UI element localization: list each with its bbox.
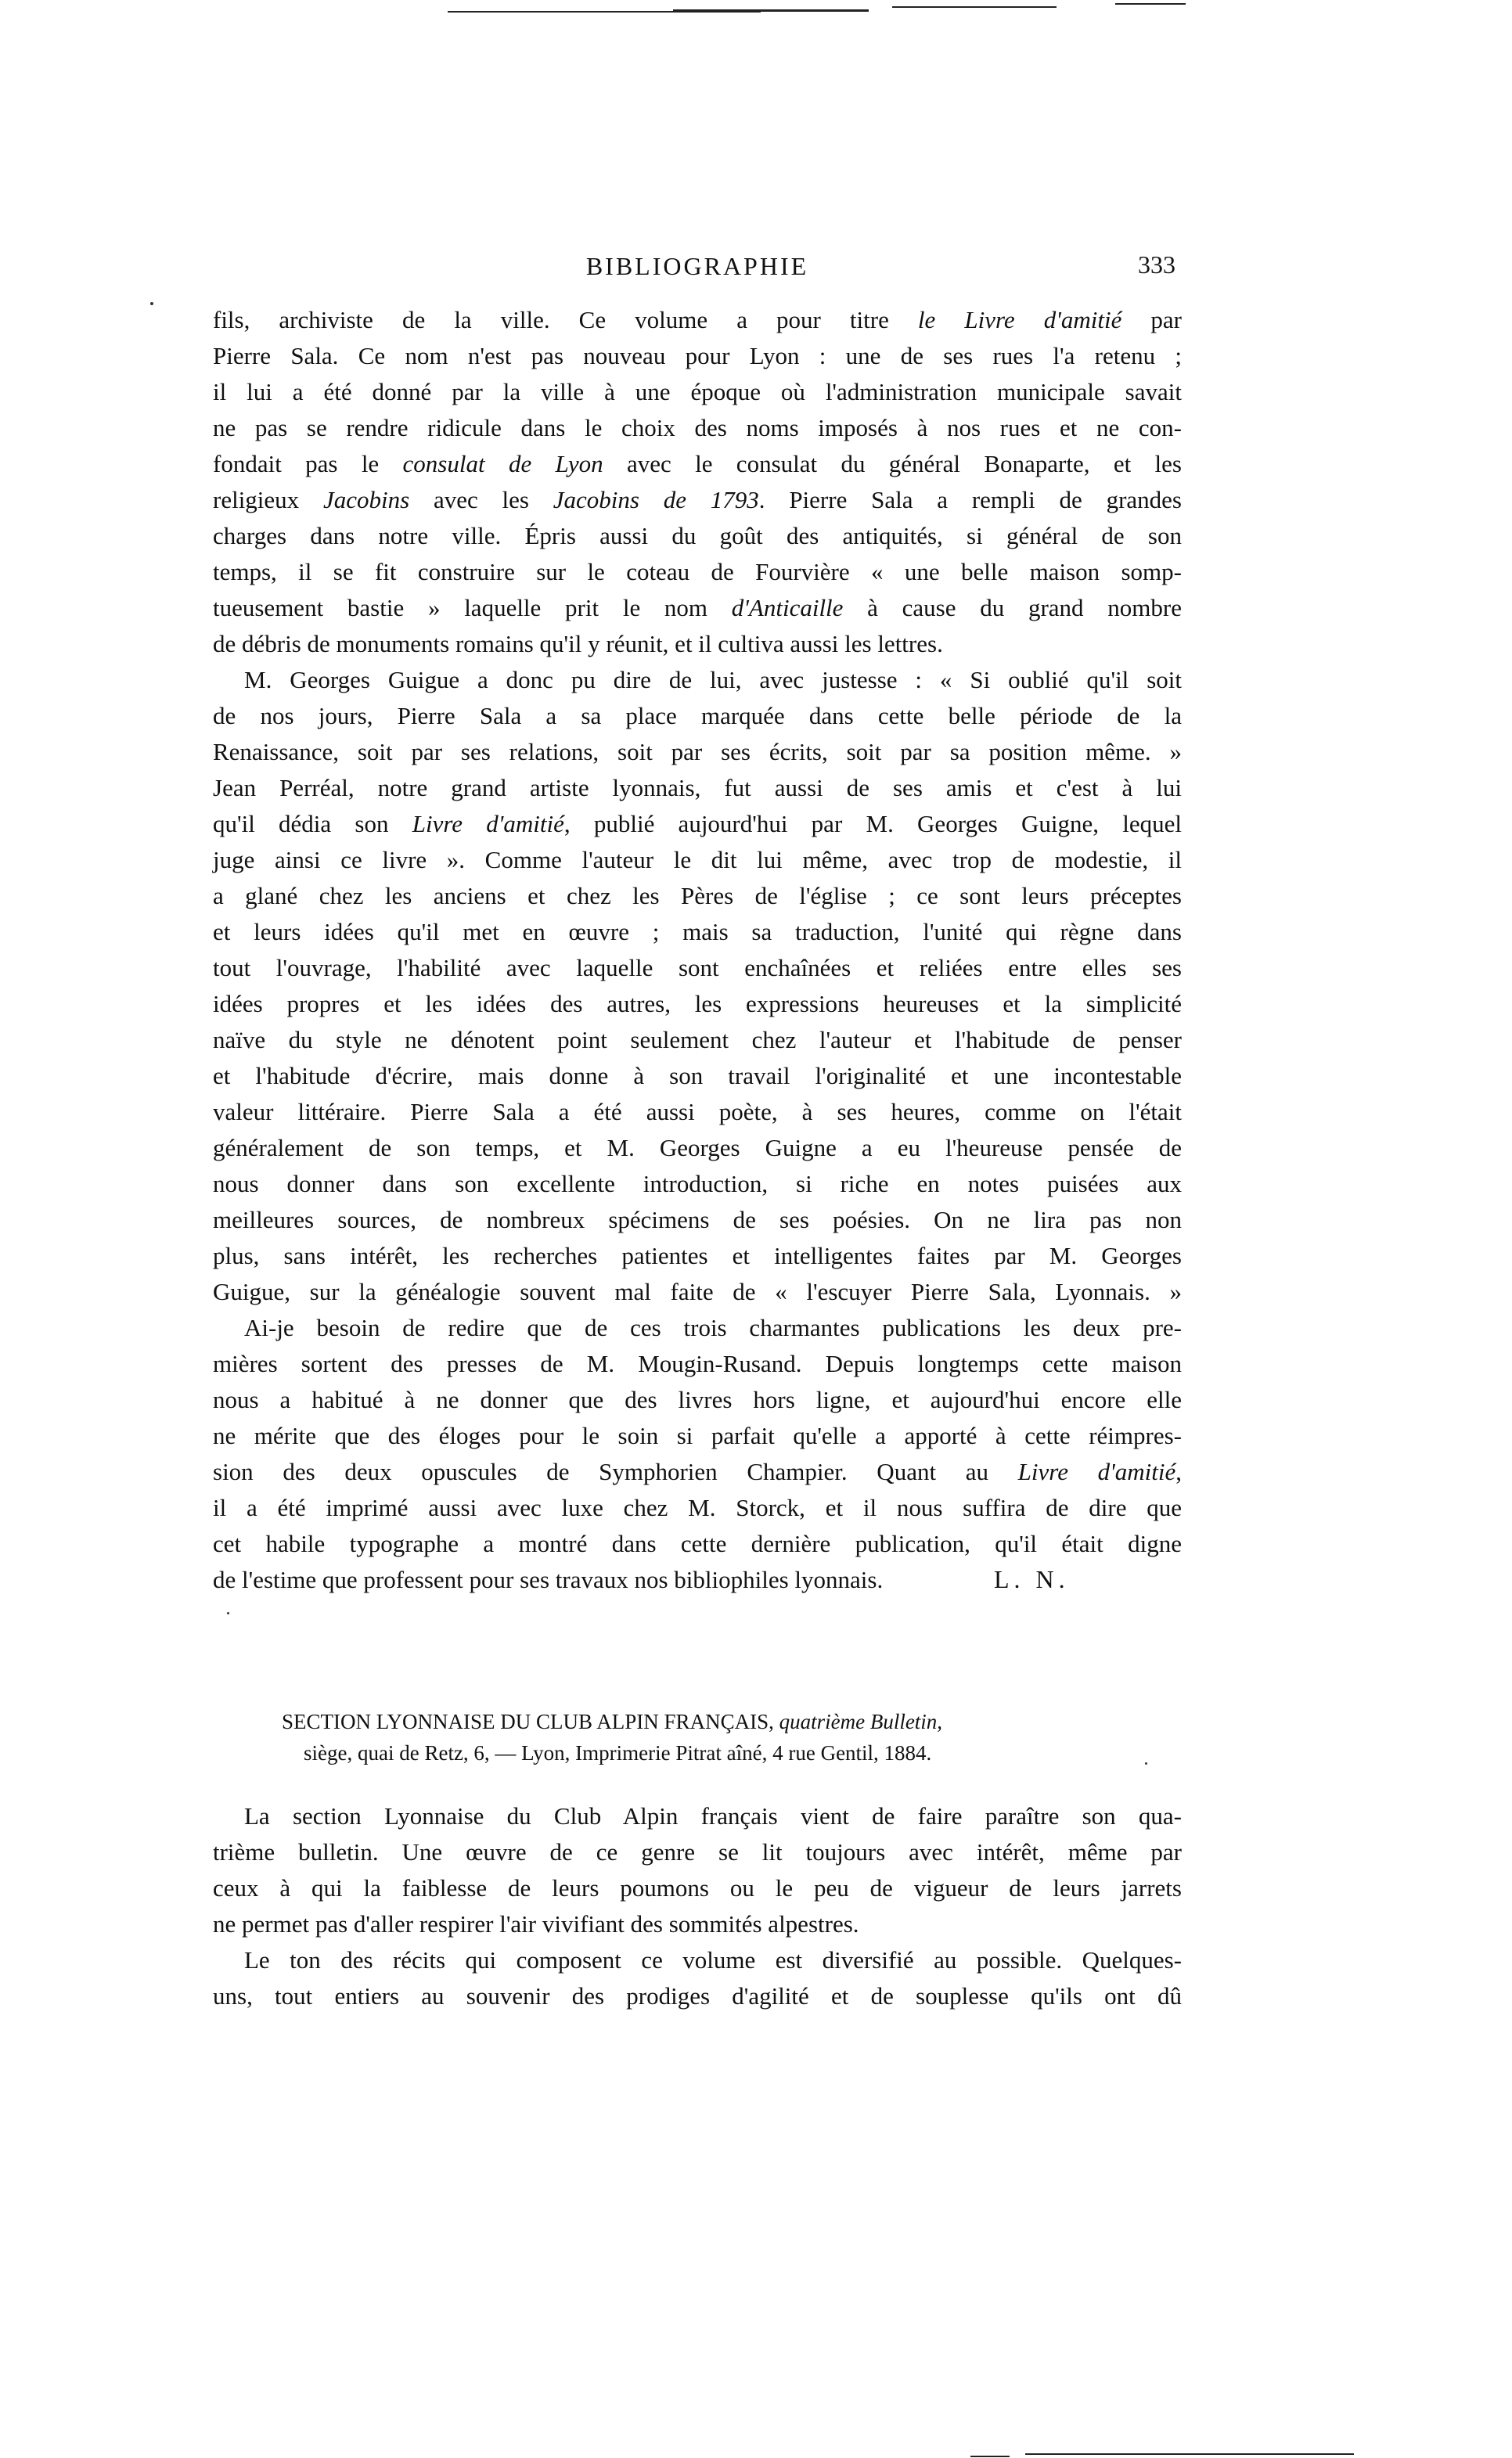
scan-edge-mark-bottom bbox=[970, 2456, 1010, 2457]
text-line: et leurs idées qu'il met en œuvre ; mais… bbox=[213, 914, 1182, 950]
page-number: 333 bbox=[1138, 250, 1175, 279]
text-line: nous a habitué à ne donner que des livre… bbox=[213, 1382, 1182, 1418]
text-line: et l'habitude d'écrire, mais donne à son… bbox=[213, 1058, 1182, 1094]
review-1-body: fils, archiviste de la ville. Ce volume … bbox=[213, 302, 1182, 1598]
text-line: Ai-je besoin de redire que de ces trois … bbox=[213, 1310, 1182, 1346]
heading-line: SECTION LYONNAISE DU CLUB ALPIN FRANÇAIS… bbox=[282, 1706, 1158, 1737]
running-header: BIBLIOGRAPHIE 333 bbox=[213, 249, 1182, 288]
text-line: M. Georges Guigue a donc pu dire de lui,… bbox=[213, 662, 1182, 698]
text-line: Guigue, sur la généalogie souvent mal fa… bbox=[213, 1274, 1182, 1310]
text-line: de débris de monuments romains qu'il y r… bbox=[213, 626, 1182, 662]
text-line: sion des deux opuscules de Symphorien Ch… bbox=[213, 1454, 1182, 1490]
text-line: trième bulletin. Une œuvre de ce genre s… bbox=[213, 1834, 1182, 1870]
text-line: mières sortent des presses de M. Mougin-… bbox=[213, 1346, 1182, 1382]
text-line: ne permet pas d'aller respirer l'air viv… bbox=[213, 1906, 1182, 1942]
text-line: La section Lyonnaise du Club Alpin franç… bbox=[213, 1798, 1182, 1834]
text-line: Renaissance, soit par ses relations, soi… bbox=[213, 734, 1182, 770]
text-line: Pierre Sala. Ce nom n'est pas nouveau po… bbox=[213, 338, 1182, 374]
text-line: Jean Perréal, notre grand artiste lyonna… bbox=[213, 770, 1182, 806]
text-line: il a été imprimé aussi avec luxe chez M.… bbox=[213, 1490, 1182, 1526]
text-line: idées propres et les idées des autres, l… bbox=[213, 986, 1182, 1022]
scan-speck bbox=[150, 302, 153, 305]
text-line: qu'il dédia son Livre d'amitié, publié a… bbox=[213, 806, 1182, 842]
text-line: charges dans notre ville. Épris aussi du… bbox=[213, 518, 1182, 554]
text-line: naïve du style ne dénotent point seuleme… bbox=[213, 1022, 1182, 1058]
scanned-page: BIBLIOGRAPHIE 333 fils, archiviste de la… bbox=[0, 0, 1512, 2458]
text-line: tout l'ouvrage, l'habilité avec laquelle… bbox=[213, 950, 1182, 986]
scan-edge-mark-bottom bbox=[1025, 2453, 1354, 2455]
text-line: ceux à qui la faiblesse de leurs poumons… bbox=[213, 1870, 1182, 1906]
heading-subtitle: quatrième Bulletin, bbox=[779, 1710, 942, 1733]
text-line: nous donner dans son excellente introduc… bbox=[213, 1166, 1182, 1202]
text-line: religieux Jacobins avec les Jacobins de … bbox=[213, 482, 1182, 518]
heading-title: SECTION LYONNAISE DU CLUB ALPIN FRANÇAIS… bbox=[282, 1710, 774, 1733]
text-line: ne mérite que des éloges pour le soin si… bbox=[213, 1418, 1182, 1454]
review-2-heading: SECTION LYONNAISE DU CLUB ALPIN FRANÇAIS… bbox=[282, 1706, 1158, 1769]
text-line: valeur littéraire. Pierre Sala a été aus… bbox=[213, 1094, 1182, 1130]
text-line: tueusement bastie » laquelle prit le nom… bbox=[213, 590, 1182, 626]
text-line: plus, sans intérêt, les recherches patie… bbox=[213, 1238, 1182, 1274]
text-line: juge ainsi ce livre ». Comme l'auteur le… bbox=[213, 842, 1182, 878]
heading-imprint: siège, quai de Retz, 6, — Lyon, Imprimer… bbox=[282, 1737, 1158, 1769]
text-line: ne pas se rendre ridicule dans le choix … bbox=[213, 410, 1182, 446]
text-line: généralement de son temps, et M. Georges… bbox=[213, 1130, 1182, 1166]
text-line: Le ton des récits qui composent ce volum… bbox=[213, 1942, 1182, 1978]
text-line: temps, il se fit construire sur le cotea… bbox=[213, 554, 1182, 590]
text-line: de nos jours, Pierre Sala a sa place mar… bbox=[213, 698, 1182, 734]
scan-edge-mark-top bbox=[892, 6, 1057, 8]
scan-speck bbox=[227, 1612, 229, 1614]
text-line: uns, tout entiers au souvenir des prodig… bbox=[213, 1978, 1182, 2014]
text-line: cet habile typographe a montré dans cett… bbox=[213, 1526, 1182, 1562]
scan-edge-mark-top bbox=[673, 9, 869, 12]
scan-edge-mark-top bbox=[1115, 3, 1186, 5]
text-line: a glané chez les anciens et chez les Pèr… bbox=[213, 878, 1182, 914]
text-line: meilleures sources, de nombreux spécimen… bbox=[213, 1202, 1182, 1238]
review-2-body: La section Lyonnaise du Club Alpin franç… bbox=[213, 1798, 1182, 2014]
text-line: fils, archiviste de la ville. Ce volume … bbox=[213, 302, 1182, 338]
text-line: fondait pas le consulat de Lyon avec le … bbox=[213, 446, 1182, 482]
text-line: il lui a été donné par la ville à une ép… bbox=[213, 374, 1182, 410]
author-signature: L. N. bbox=[994, 1565, 1070, 1594]
running-title: BIBLIOGRAPHIE bbox=[213, 252, 1182, 281]
